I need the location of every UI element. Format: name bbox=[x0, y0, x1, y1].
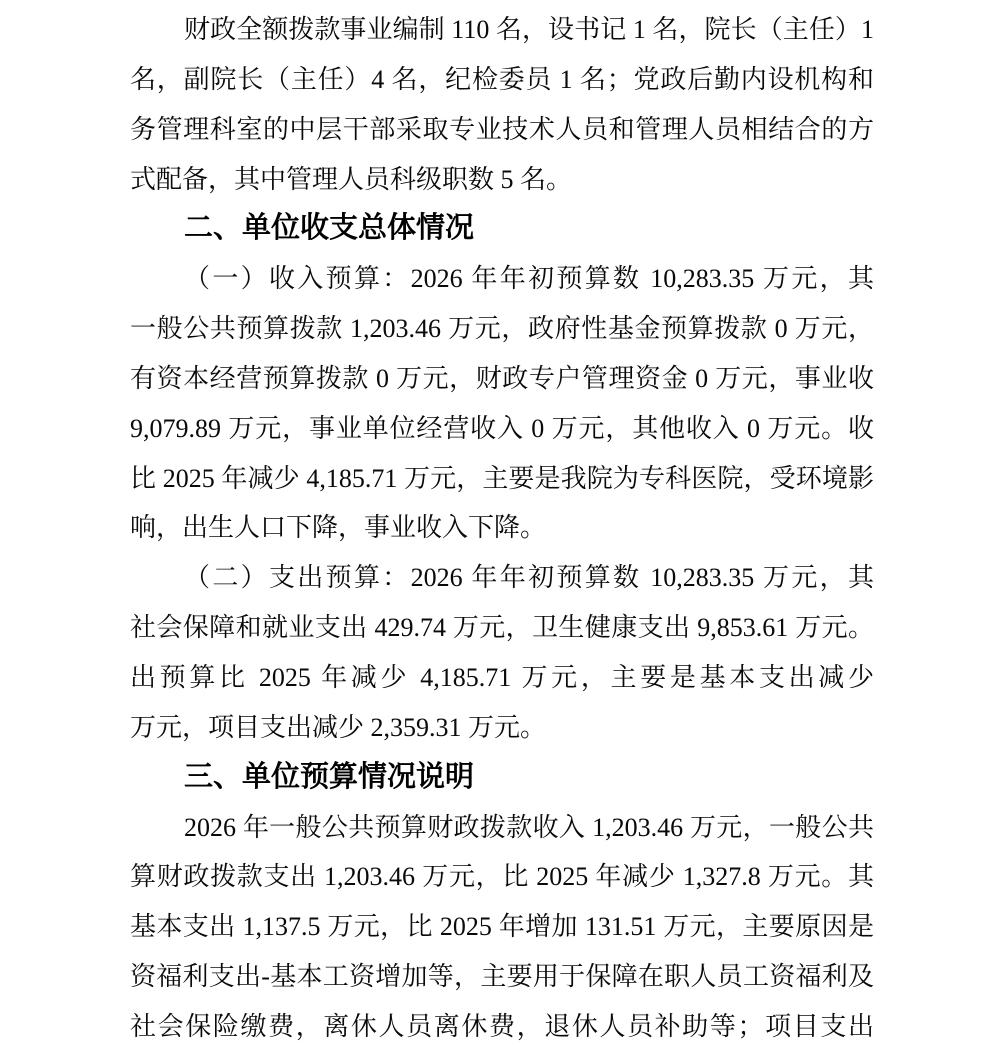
document-text-line: 基本支出 1,137.5 万元，比 2025 年增加 131.51 万元，主要原… bbox=[130, 902, 874, 952]
document-text-line: （一）收入预算：2026 年年初预算数 10,283.35 万元，其中： bbox=[130, 254, 874, 304]
section-heading-line: 三、单位预算情况说明 bbox=[130, 753, 874, 803]
document-page: 财政全额拨款事业编制 110 名，设书记 1 名，院长（主任）1名，副院长（主任… bbox=[130, 5, 874, 1052]
document-text-line: 资福利支出-基本工资增加等，主要用于保障在职人员工资福利及 bbox=[130, 952, 874, 1002]
document-text-line: 名，副院长（主任）4 名，纪检委员 1 名；党政后勤内设机构和业 bbox=[130, 55, 874, 105]
section-heading-line: 二、单位收支总体情况 bbox=[130, 204, 874, 254]
document-text-line: 算财政拨款支出 1,203.46 万元，比 2025 年减少 1,327.8 万… bbox=[130, 852, 874, 902]
document-text-line: （二）支出预算：2026 年年初预算数 10,283.35 万元，其中： bbox=[130, 553, 874, 603]
document-text-line: 财政全额拨款事业编制 110 名，设书记 1 名，院长（主任）1 bbox=[130, 5, 874, 55]
document-text-line: 2026 年一般公共预算财政拨款收入 1,203.46 万元，一般公共预 bbox=[130, 803, 874, 853]
document-text-line: 比 2025 年减少 4,185.71 万元，主要是我院为专科医院，受环境影 bbox=[130, 454, 874, 504]
document-text-line: 务管理科室的中层干部采取专业技术人员和管理人员相结合的方 bbox=[130, 105, 874, 155]
document-text-line: 社会保障和就业支出 429.74 万元，卫生健康支出 9,853.61 万元。支 bbox=[130, 603, 874, 653]
document-text-line: 有资本经营预算拨款 0 万元，财政专户管理资金 0 万元，事业收入 bbox=[130, 354, 874, 404]
document-text-line: 社会保险缴费，离休人员离休费，退休人员补助等；项目支出 bbox=[130, 1002, 874, 1052]
document-text-line: 万元，项目支出减少 2,359.31 万元。 bbox=[130, 703, 874, 753]
document-text-line: 9,079.89 万元，事业单位经营收入 0 万元，其他收入 0 万元。收入 bbox=[130, 404, 874, 454]
document-text-line: 一般公共预算拨款 1,203.46 万元，政府性基金预算拨款 0 万元，国 bbox=[130, 304, 874, 354]
document-text-line: 出预算比 2025 年减少 4,185.71 万元，主要是基本支出减少 1,82… bbox=[130, 653, 874, 703]
document-text-line: 式配备，其中管理人员科级职数 5 名。 bbox=[130, 155, 874, 205]
document-text-line: 响，出生人口下降，事业收入下降。 bbox=[130, 503, 874, 553]
